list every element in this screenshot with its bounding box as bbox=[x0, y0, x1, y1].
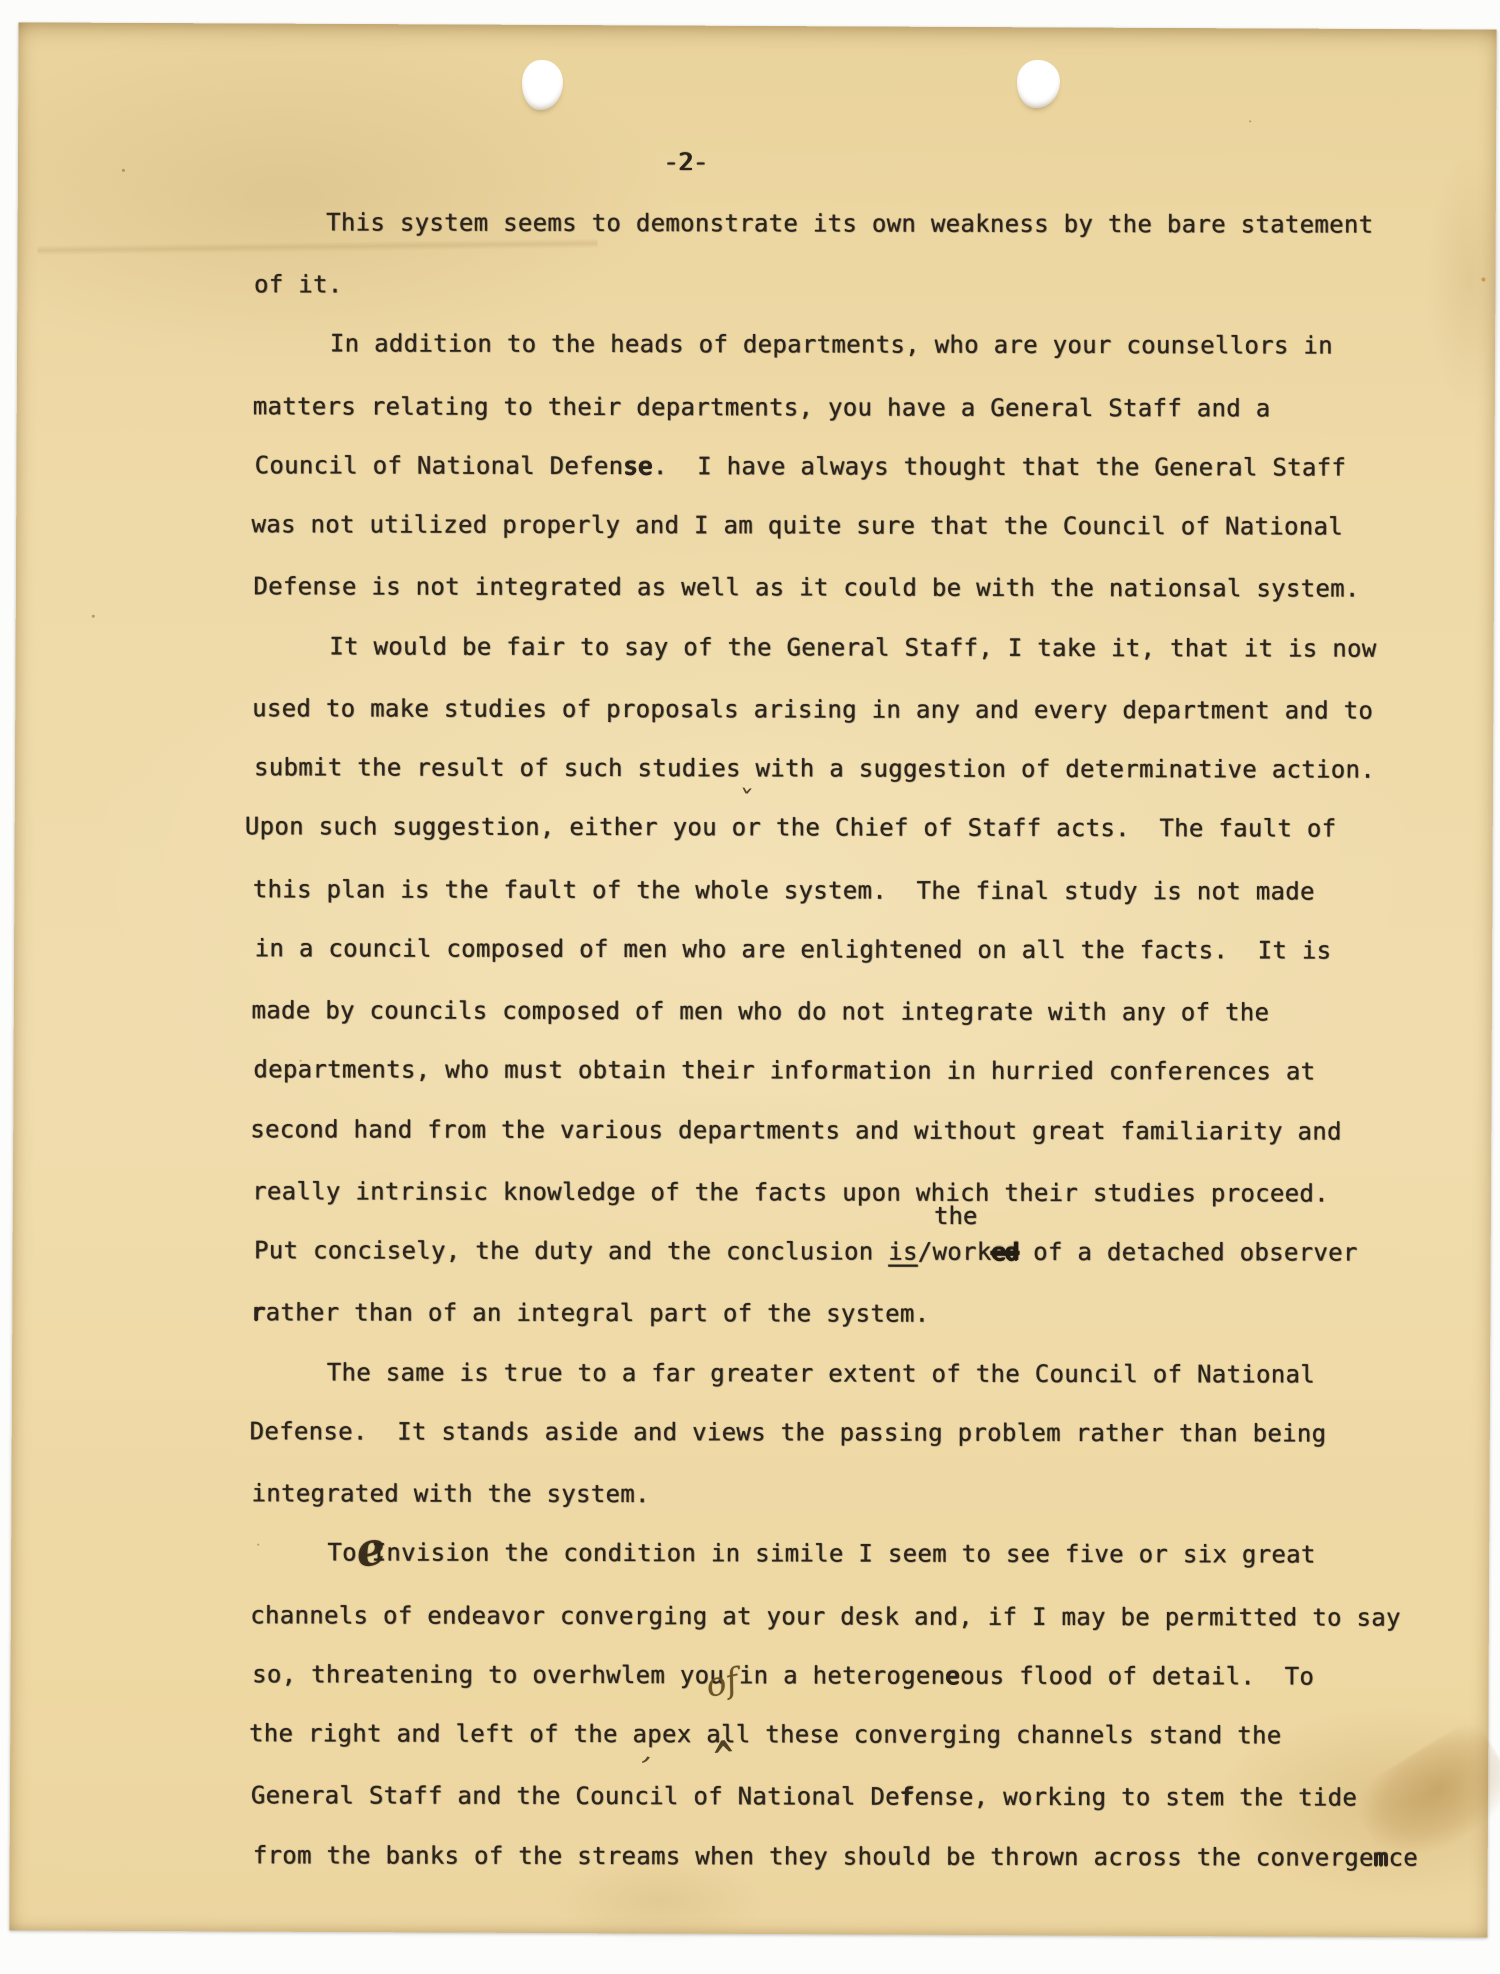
annotations-layer: ˇtheeof,^ bbox=[0, 0, 1500, 1974]
handwritten-comma-mark: , bbox=[641, 1735, 658, 1766]
scanned-document-page: -2- This system seems to demonstrate its… bbox=[0, 0, 1500, 1974]
typed-insertion-the: the bbox=[934, 1204, 977, 1228]
handwritten-e-over-I: e bbox=[353, 1524, 389, 1574]
handwritten-insertion-of: of bbox=[703, 1663, 741, 1702]
handwritten-caret: ^ bbox=[711, 1735, 736, 1781]
check-mark-above-or: ˇ bbox=[736, 787, 754, 818]
